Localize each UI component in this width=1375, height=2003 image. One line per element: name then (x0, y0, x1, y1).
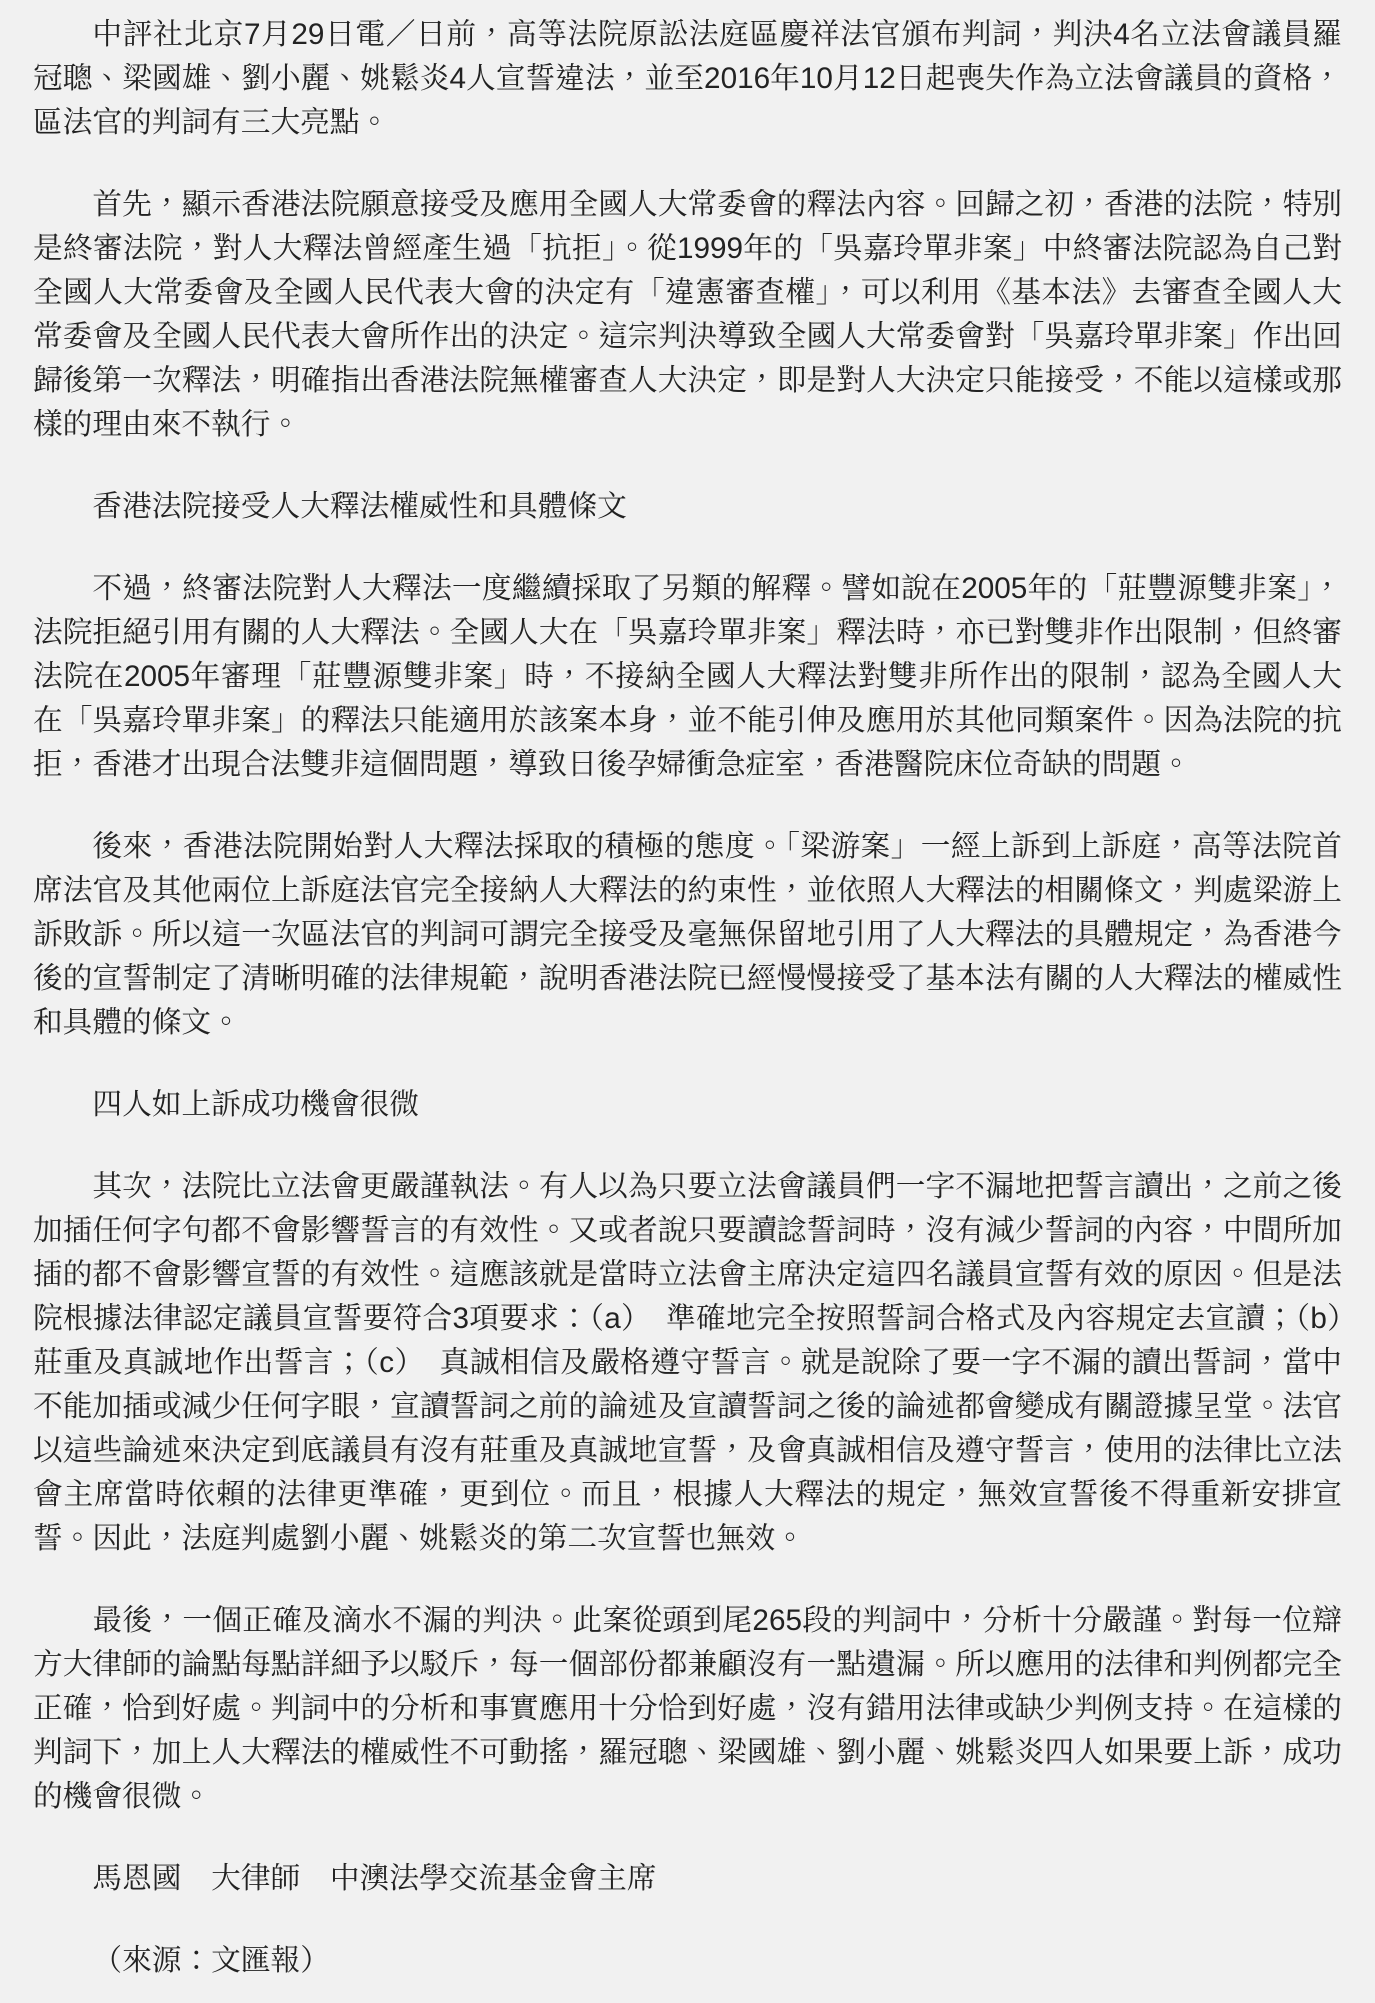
paragraph: 其次，法院比立法會更嚴謹執法。有人以為只要立法會議員們一字不漏地把誓言讀出，之前… (33, 1165, 1342, 1561)
author-signature: 馬恩國 大律師 中澳法學交流基金會主席 (33, 1857, 1342, 1901)
paragraph: 不過，終審法院對人大釋法一度繼續採取了另類的解釋。譬如說在2005年的「莊豐源雙… (33, 567, 1342, 787)
section-heading: 四人如上訴成功機會很微 (33, 1083, 1342, 1127)
paragraph: 首先，顯示香港法院願意接受及應用全國人大常委會的釋法內容。回歸之初，香港的法院，… (33, 183, 1342, 447)
article-body: 中評社北京7月29日電／日前，高等法院原訟法庭區慶祥法官頒布判詞，判決4名立法會… (0, 0, 1375, 2003)
paragraph: 最後，一個正確及滴水不漏的判決。此案從頭到尾265段的判詞中，分析十分嚴謹。對每… (33, 1599, 1342, 1819)
source-attribution: （來源：文匯報） (33, 1939, 1342, 1983)
paragraph: 中評社北京7月29日電／日前，高等法院原訟法庭區慶祥法官頒布判詞，判決4名立法會… (33, 13, 1342, 145)
section-heading: 香港法院接受人大釋法權威性和具體條文 (33, 485, 1342, 529)
paragraph: 後來，香港法院開始對人大釋法採取的積極的態度。「梁游案」一經上訴到上訴庭，高等法… (33, 825, 1342, 1045)
